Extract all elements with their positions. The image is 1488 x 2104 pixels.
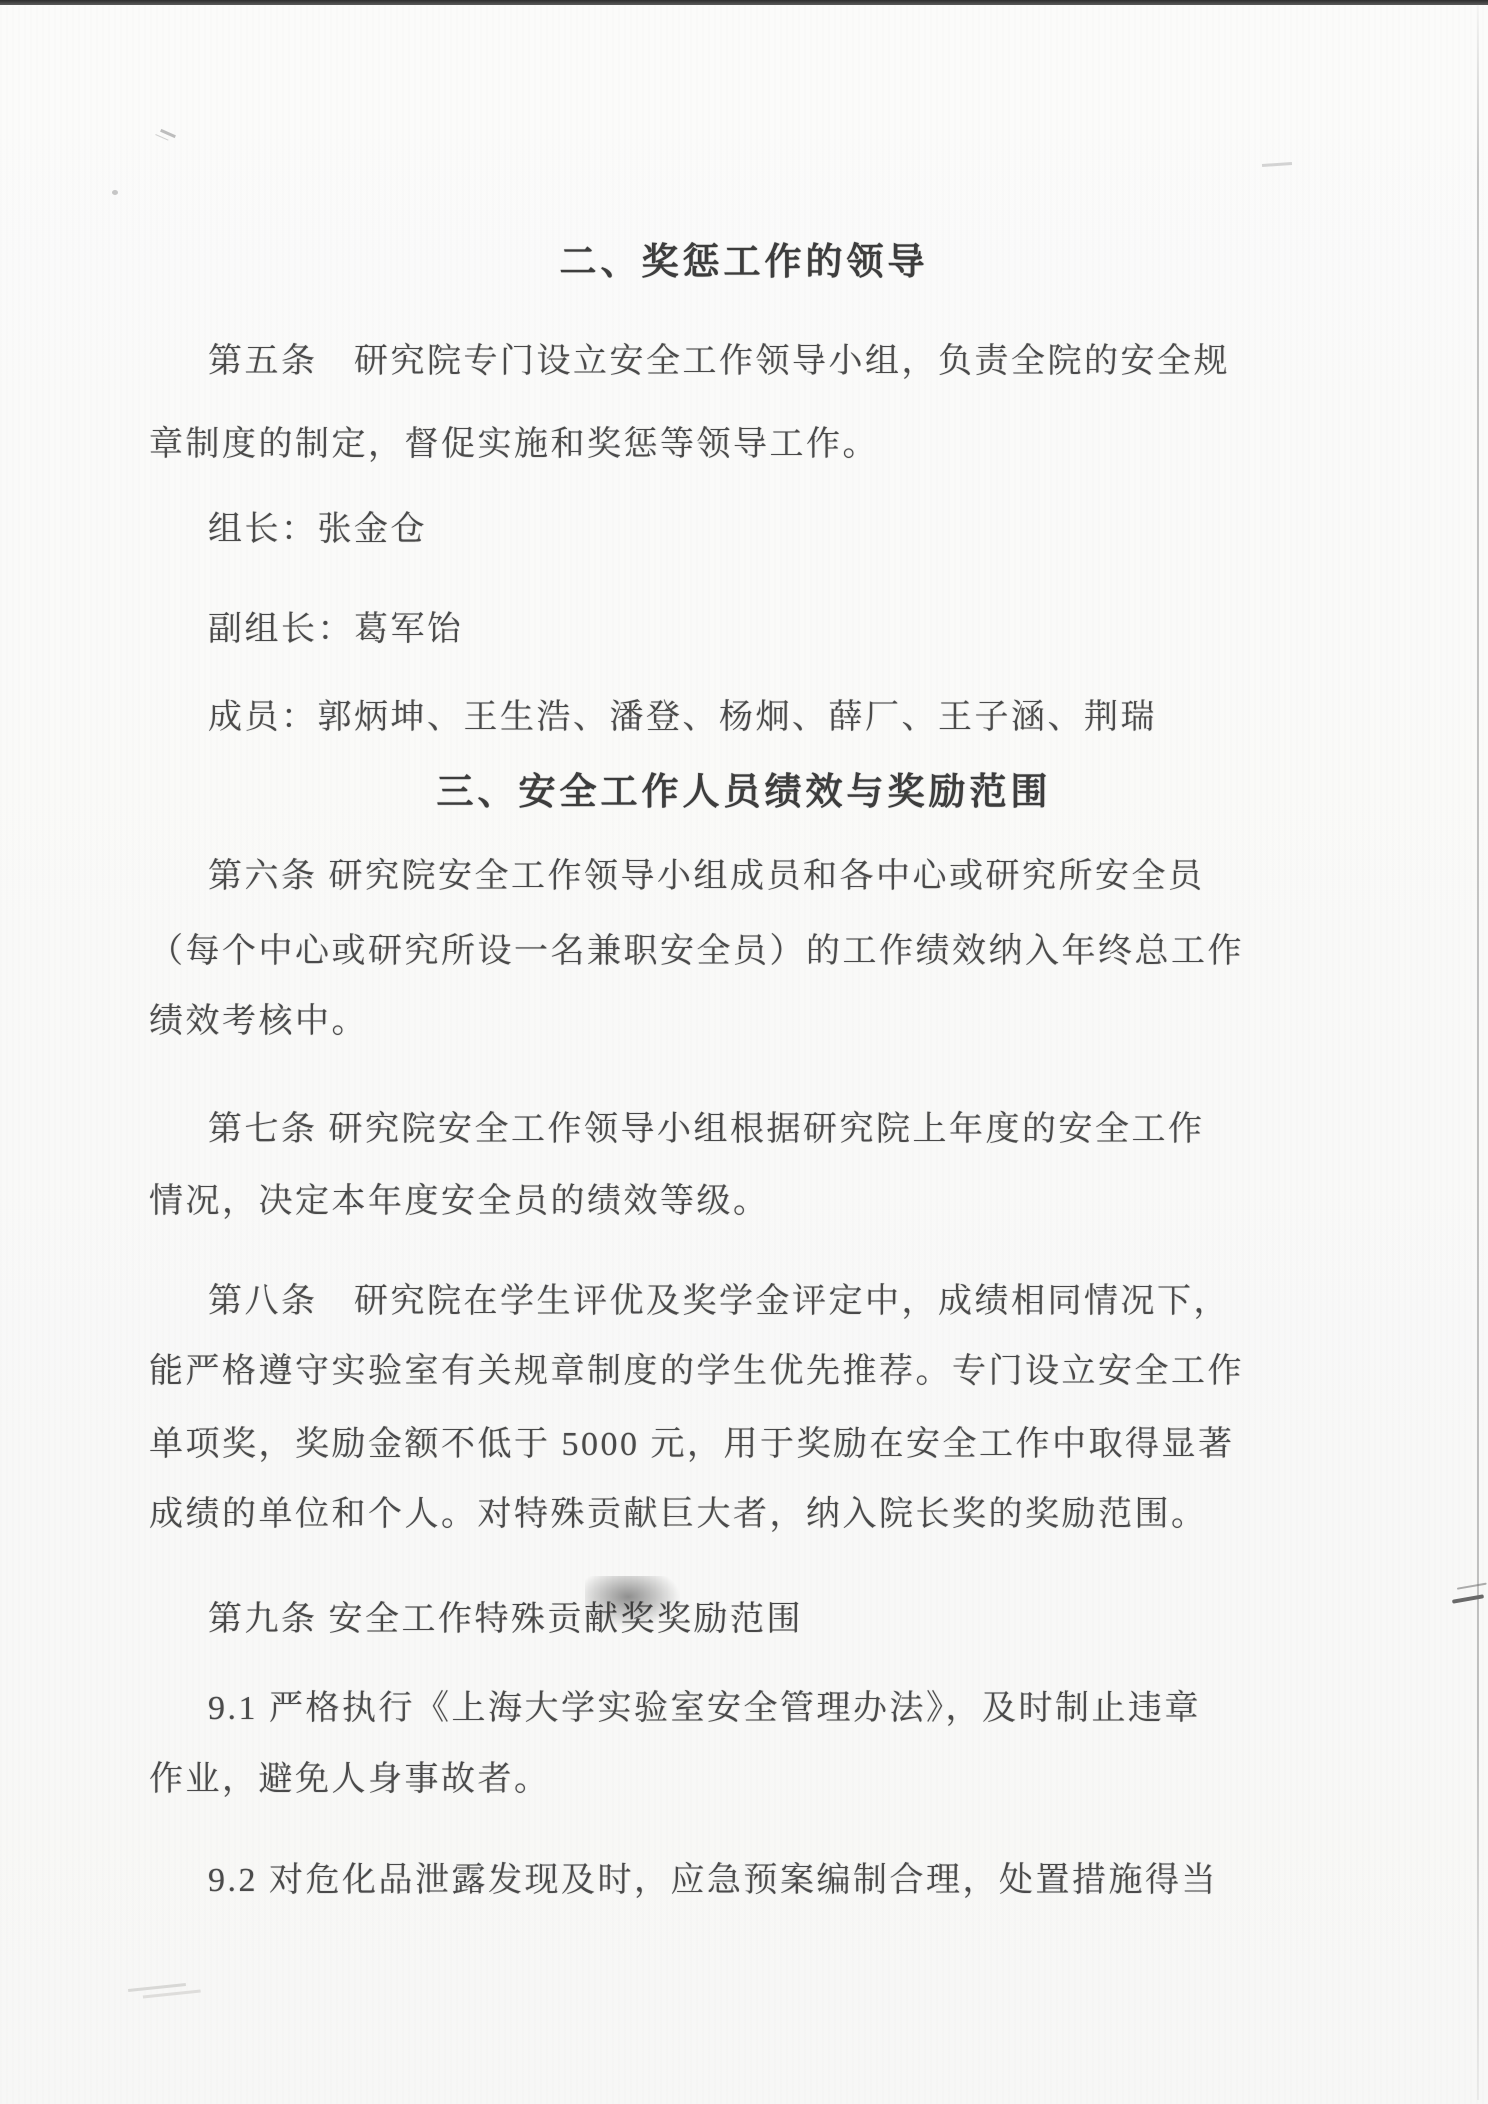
- item-9-1-line-1: 9.1 严格执行《上海大学实验室安全管理办法》，及时制止违章: [208, 1690, 1201, 1727]
- article-8-line-1: 第八条 研究院在学生评优及奖学金评定中，成绩相同情况下，: [208, 1283, 1230, 1320]
- scan-speck: [112, 190, 118, 195]
- article-7-line-2: 情况，决定本年度安全员的绩效等级。: [149, 1183, 770, 1220]
- members-line: 成员：郭炳坤、王生浩、潘登、杨炯、薛厂、王子涵、荆瑞: [208, 699, 1157, 736]
- group-leader-line: 组长：张金仓: [208, 511, 427, 548]
- item-9-1-line-2: 作业，避免人身事故者。: [149, 1761, 551, 1798]
- section-3-heading: 三、安全工作人员绩效与奖励范围: [0, 761, 1488, 815]
- article-6-line-1: 第六条 研究院安全工作领导小组成员和各中心或研究所安全员: [208, 858, 1205, 895]
- article-6-line-3: 绩效考核中。: [149, 1003, 368, 1040]
- article-7-line-1: 第七条 研究院安全工作领导小组根据研究院上年度的安全工作: [208, 1111, 1205, 1148]
- scan-speck: [1262, 162, 1292, 167]
- scan-right-edge-line: [1477, 4, 1479, 2100]
- scanned-document-page: 二、奖惩工作的领导 第五条 研究院专门设立安全工作领导小组，负责全院的安全规 章…: [0, 0, 1488, 2104]
- item-9-2-line-1: 9.2 对危化品泄露发现及时，应急预案编制合理，处置措施得当: [208, 1862, 1218, 1899]
- section-2-heading: 二、奖惩工作的领导: [0, 231, 1488, 285]
- article-9-heading: 第九条 安全工作特殊贡献奖奖励范围: [208, 1591, 803, 1640]
- article-5-line-2: 章制度的制定，督促实施和奖惩等领导工作。: [149, 426, 879, 463]
- deputy-leader-line: 副组长：葛军饴: [208, 611, 464, 648]
- article-8-line-3: 单项奖，奖励金额不低于 5000 元，用于奖励在安全工作中取得显著: [149, 1426, 1235, 1463]
- article-8-line-4: 成绩的单位和个人。对特殊贡献巨大者，纳入院长奖的奖励范围。: [149, 1496, 1208, 1533]
- scan-top-edge-line: [0, 0, 1488, 5]
- article-6-line-2: （每个中心或研究所设一名兼职安全员）的工作绩效纳入年终总工作: [149, 933, 1244, 970]
- article-5-line-1: 第五条 研究院专门设立安全工作领导小组，负责全院的安全规: [208, 343, 1230, 380]
- article-8-line-2: 能严格遵守实验室有关规章制度的学生优先推荐。专门设立安全工作: [149, 1353, 1244, 1390]
- scan-speck: [160, 129, 176, 138]
- scan-smudge: [128, 1983, 186, 1992]
- pen-mark-artifact: [1452, 1594, 1484, 1603]
